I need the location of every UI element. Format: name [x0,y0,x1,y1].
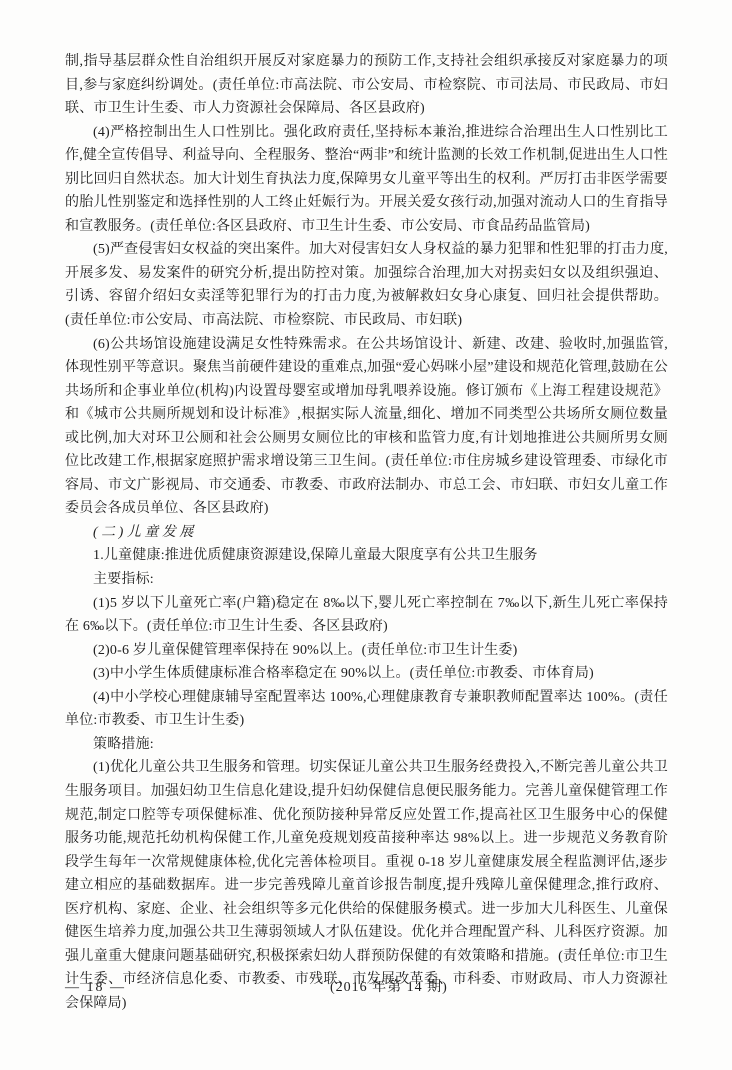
paragraph: 1.儿童健康:推进优质健康资源建设,保障儿童最大限度享有公共卫生服务 [65,544,668,568]
document-body: 制,指导基层群众性自治组织开展反对家庭暴力的预防工作,支持社会组织承接反对家庭暴… [0,0,732,1015]
paragraph: 主要指标: [65,568,668,592]
paragraph: 制,指导基层群众性自治组织开展反对家庭暴力的预防工作,支持社会组织承接反对家庭暴… [65,50,668,121]
paragraph: 策略措施: [65,733,668,757]
paragraph: (2)0-6 岁儿童保健管理率保持在 90%以上。(责任单位:市卫生计生委) [65,639,668,663]
paragraph: (3)中小学生体质健康标准合格率稳定在 90%以上。(责任单位:市教委、市体育局… [65,662,668,686]
paragraph: (1)5 岁以下儿童死亡率(户籍)稳定在 8‰以下,婴儿死亡率控制在 7‰以下,… [65,592,668,639]
issue-label: (2016 年第 14 期) [330,976,448,1000]
paragraph: (5)严查侵害妇女权益的突出案件。加大对侵害妇女人身权益的暴力犯罪和性犯罪的打击… [65,238,668,332]
page-number: — 18 — [65,976,126,1000]
page-footer: — 18 — (2016 年第 14 期) [65,976,668,1000]
document-page: 制,指导基层群众性自治组织开展反对家庭暴力的预防工作,支持社会组织承接反对家庭暴… [0,0,732,1070]
paragraph: (4)中小学校心理健康辅导室配置率达 100%,心理健康教育专兼职教师配置率达 … [65,686,668,733]
section-heading: (二)儿童发展 [65,521,668,545]
paragraph: (4)严格控制出生人口性别比。强化政府责任,坚持标本兼治,推进综合治理出生人口性… [65,121,668,239]
paragraph: (6)公共场馆设施建设满足女性特殊需求。在公共场馆设计、新建、改建、验收时,加强… [65,333,668,521]
